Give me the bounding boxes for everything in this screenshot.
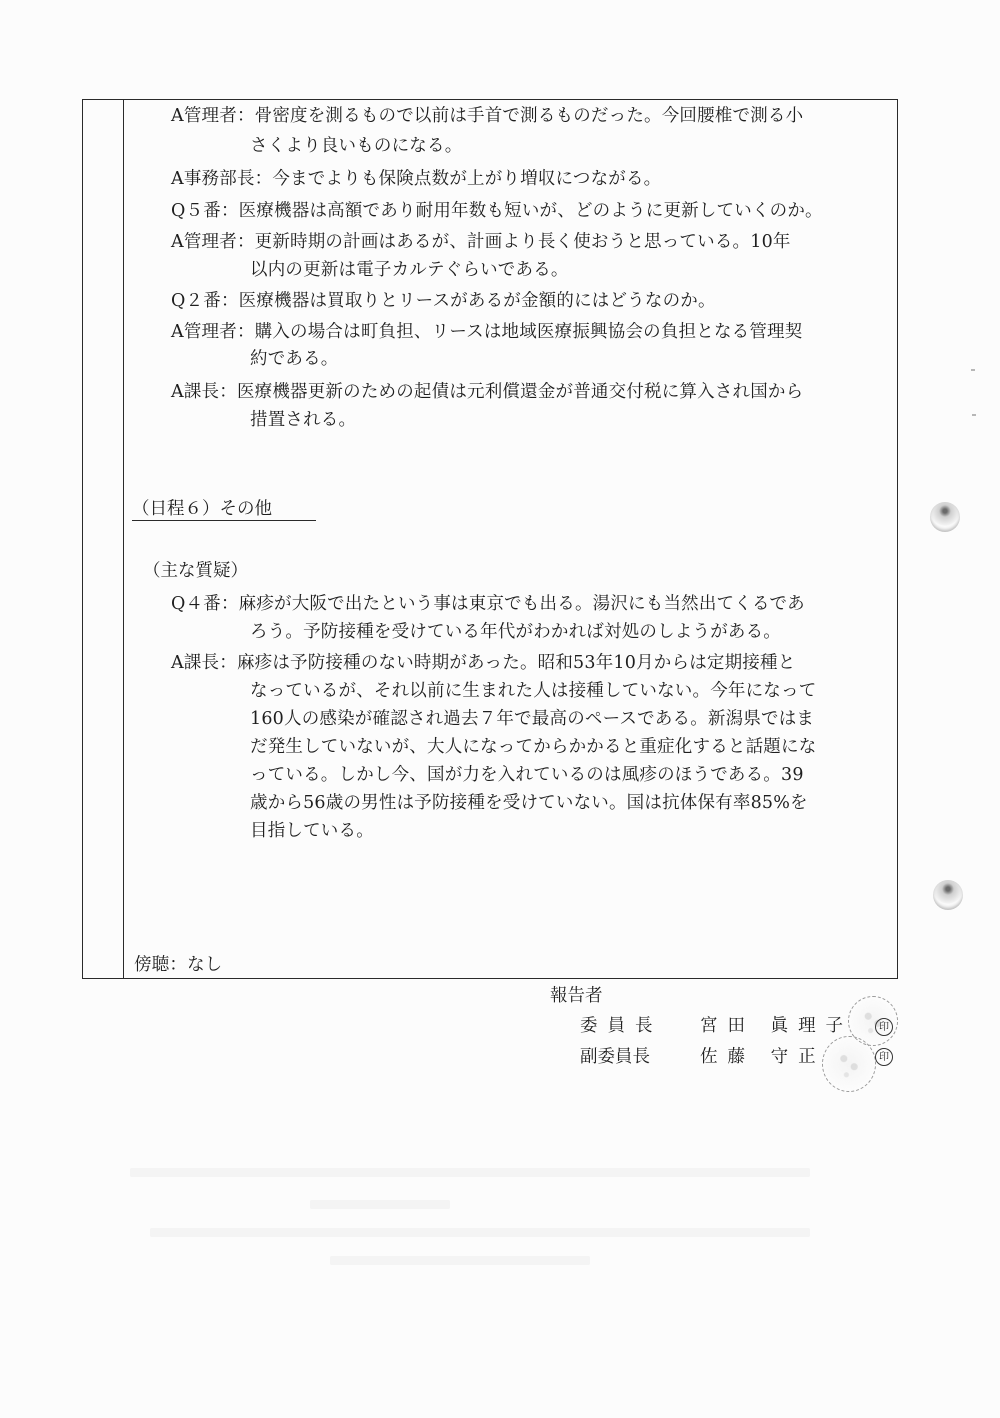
seal-mark-icon: 印 [875, 1048, 893, 1066]
punch-hole [930, 502, 960, 532]
entry-line: Q５番：医療機器は高額であり耐用年数も短いが、どのように更新していくのか。 [171, 200, 823, 222]
entry-line: 目指している。 [250, 820, 374, 842]
show-through-artifact [330, 1256, 590, 1265]
entry-line: Q４番：麻疹が大阪で出たという事は東京でも出る。湯沢にも当然出てくるであ [171, 593, 805, 615]
entry-line: ろう。予防接種を受けている年代がわかれば対処のしようがある。 [250, 621, 781, 643]
vice-chair-name: 佐藤 守正 [700, 1046, 826, 1068]
entry-line: なっているが、それ以前に生まれた人は接種していない。今年になって [250, 680, 816, 702]
chair-name: 宮田 眞理子 [700, 1015, 853, 1037]
scan-speck [971, 369, 975, 371]
chair-title: 委員長 [580, 1015, 663, 1037]
seal-mark-icon: 印 [875, 1018, 893, 1036]
personal-seal-stamp [822, 1036, 876, 1092]
entry-line: A課長：麻疹は予防接種のない時期があった。昭和53年10月からは定期接種と [171, 652, 795, 674]
entry-line: A管理者：更新時期の計画はあるが、計画より長く使おうと思っている。10年 [171, 231, 791, 253]
punch-hole [933, 880, 963, 910]
heading-underline [132, 520, 316, 521]
entry-line: A事務部長：今までよりも保険点数が上がり増収につながる。 [171, 168, 661, 190]
vice-chair-title: 副委員長 [580, 1046, 650, 1068]
entry-line: A管理者：骨密度を測るもので以前は手首で測るものだった。今回腰椎で測る小 [171, 105, 803, 127]
subheading: （主な質疑） [143, 560, 248, 582]
section-heading: （日程６）その他 [132, 498, 272, 520]
show-through-artifact [310, 1200, 450, 1209]
entry-line: 歳から56歳の男性は予防接種を受けていない。国は抗体保有率85%を [250, 792, 808, 814]
observers-note: 傍聴：なし [134, 954, 223, 976]
entry-line: Q２番：医療機器は買取りとリースがあるが金額的にはどうなのか。 [171, 290, 716, 312]
show-through-artifact [150, 1228, 810, 1237]
entry-line: 措置される。 [250, 409, 356, 431]
entry-line: A課長：医療機器更新のための起債は元利償還金が普通交付税に算入され国から [171, 381, 803, 403]
entry-line: 約である。 [250, 348, 339, 370]
document-page: A管理者：骨密度を測るもので以前は手首で測るものだった。今回腰椎で測る小 さくよ… [0, 0, 1000, 1418]
report-body: A管理者：骨密度を測るもので以前は手首で測るものだった。今回腰椎で測る小 さくよ… [123, 99, 898, 979]
scan-speck [972, 414, 976, 416]
reporter-label: 報告者 [550, 985, 603, 1007]
entry-line: さくより良いものになる。 [250, 135, 462, 157]
entry-line: A管理者：購入の場合は町負担、リースは地域医療振興協会の負担となる管理契 [171, 321, 802, 343]
entry-line: 以内の更新は電子カルテぐらいである。 [250, 259, 569, 281]
entry-line: だ発生していないが、大人になってからかかると重症化すると話題にな [250, 736, 816, 758]
entry-line: 160人の感染が確認され過去７年で最高のペースである。新潟県ではま [250, 708, 814, 730]
show-through-artifact [130, 1168, 810, 1177]
entry-line: っている。しかし今、国が力を入れているのは風疹のほうである。39 [250, 764, 804, 786]
